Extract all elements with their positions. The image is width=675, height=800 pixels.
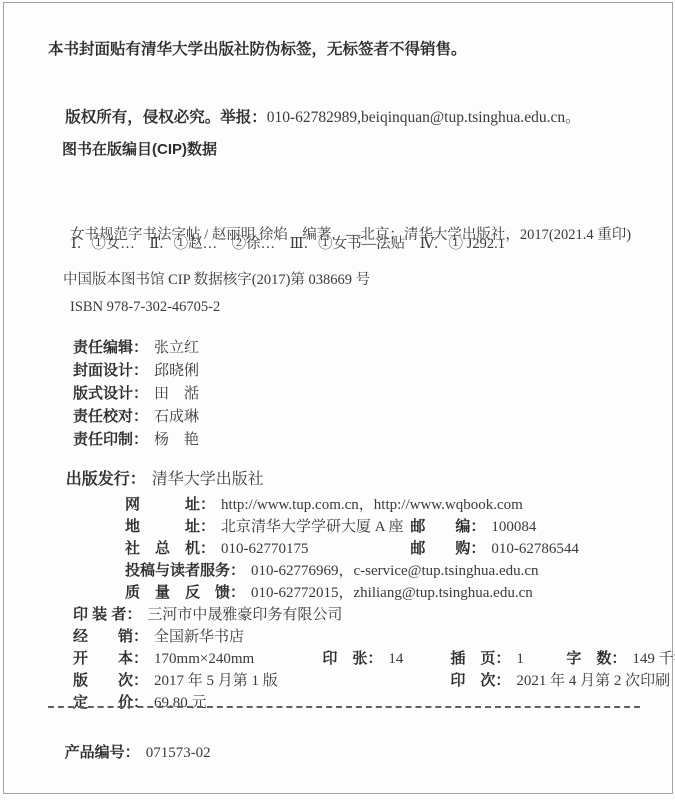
credits-list: 责任编辑：张立红 封面设计：邱晓俐 版式设计：田 湉 责任校对：石成琳 责任印制… [48, 319, 199, 434]
credit-label: 封面设计： [73, 362, 148, 379]
dashed-divider [48, 706, 640, 708]
production-block: 印 装 者：三河市中晟雅豪印务有限公司 经 销：全国新华书店 开 本：170mm… [0, 586, 675, 696]
copyright-report-contact: 010-62782989,beiqinquan@tup.tsinghua.edu… [267, 109, 581, 126]
anti-counterfeit-notice: 本书封面贴有清华大学出版社防伪标签，无标签者不得销售。 [48, 39, 467, 61]
copyright-page: 本书封面贴有清华大学出版社防伪标签，无标签者不得销售。 版权所有，侵权必究。举报… [0, 0, 675, 800]
credit-label: 责任校对： [73, 408, 148, 425]
credit-row-editor: 责任编辑：张立红 [48, 319, 199, 342]
publisher-address-row: 地 址：北京清华大学学研大厦 A 座 邮 编：100084 [0, 498, 675, 520]
price-row: 定 价：69.80 元 [0, 674, 675, 696]
product-code-row: 产品编号：071573-02 [48, 720, 211, 786]
product-code-value: 071573-02 [146, 745, 211, 761]
publisher-contact-block: 网 址：http://www.tup.com.cn，http://www.wqb… [0, 476, 675, 586]
price-value: 69.80 元 [154, 695, 207, 711]
publisher-switchboard-row: 社 总 机：010-62770175 邮 购：010-62786544 [0, 520, 675, 542]
credit-label: 责任印制： [73, 431, 148, 448]
cip-isbn: ISBN 978-7-302-46705-2 [70, 295, 631, 319]
credit-value: 杨 艳 [154, 432, 199, 448]
price-label: 定 价： [73, 694, 148, 711]
credit-value: 邱晓俐 [154, 363, 199, 379]
publisher-website-row: 网 址：http://www.tup.com.cn，http://www.wqb… [0, 476, 675, 498]
cip-record-number: 中国版本图书馆 CIP 数据核字(2017)第 038669 号 [63, 269, 370, 291]
credit-label: 责任编辑： [73, 339, 148, 356]
printer-row: 印 装 者：三河市中晟雅豪印务有限公司 [0, 586, 675, 608]
reader-service-row: 投稿与读者服务：010-62776969，c-service@tup.tsing… [0, 542, 675, 564]
copyright-notice-text: 版权所有，侵权必究。举报： [65, 109, 267, 126]
product-code-label: 产品编号： [65, 744, 140, 761]
credit-value: 张立红 [154, 340, 199, 356]
credit-value: 田 湉 [154, 386, 199, 402]
edition-row: 版 次：2017 年 5 月第 1 版 印 次：2021 年 4 月第 2 次印… [0, 652, 675, 674]
cip-classification: Ⅰ．①女… Ⅱ．①赵… ②徐… Ⅲ．①女书—法贴 Ⅳ．① J292.1 [71, 233, 505, 255]
credit-label: 版式设计： [73, 385, 148, 402]
format-row: 开 本：170mm×240mm 印 张：14 插 页：1 字 数：149 千字 [0, 630, 675, 652]
quality-feedback-row: 质 量 反 馈：010-62772015，zhiliang@tup.tsingh… [0, 564, 675, 586]
cip-title: 图书在版编目(CIP)数据 [62, 139, 217, 161]
distributor-row: 经 销：全国新华书店 [0, 608, 675, 630]
credit-value: 石成琳 [154, 409, 199, 425]
